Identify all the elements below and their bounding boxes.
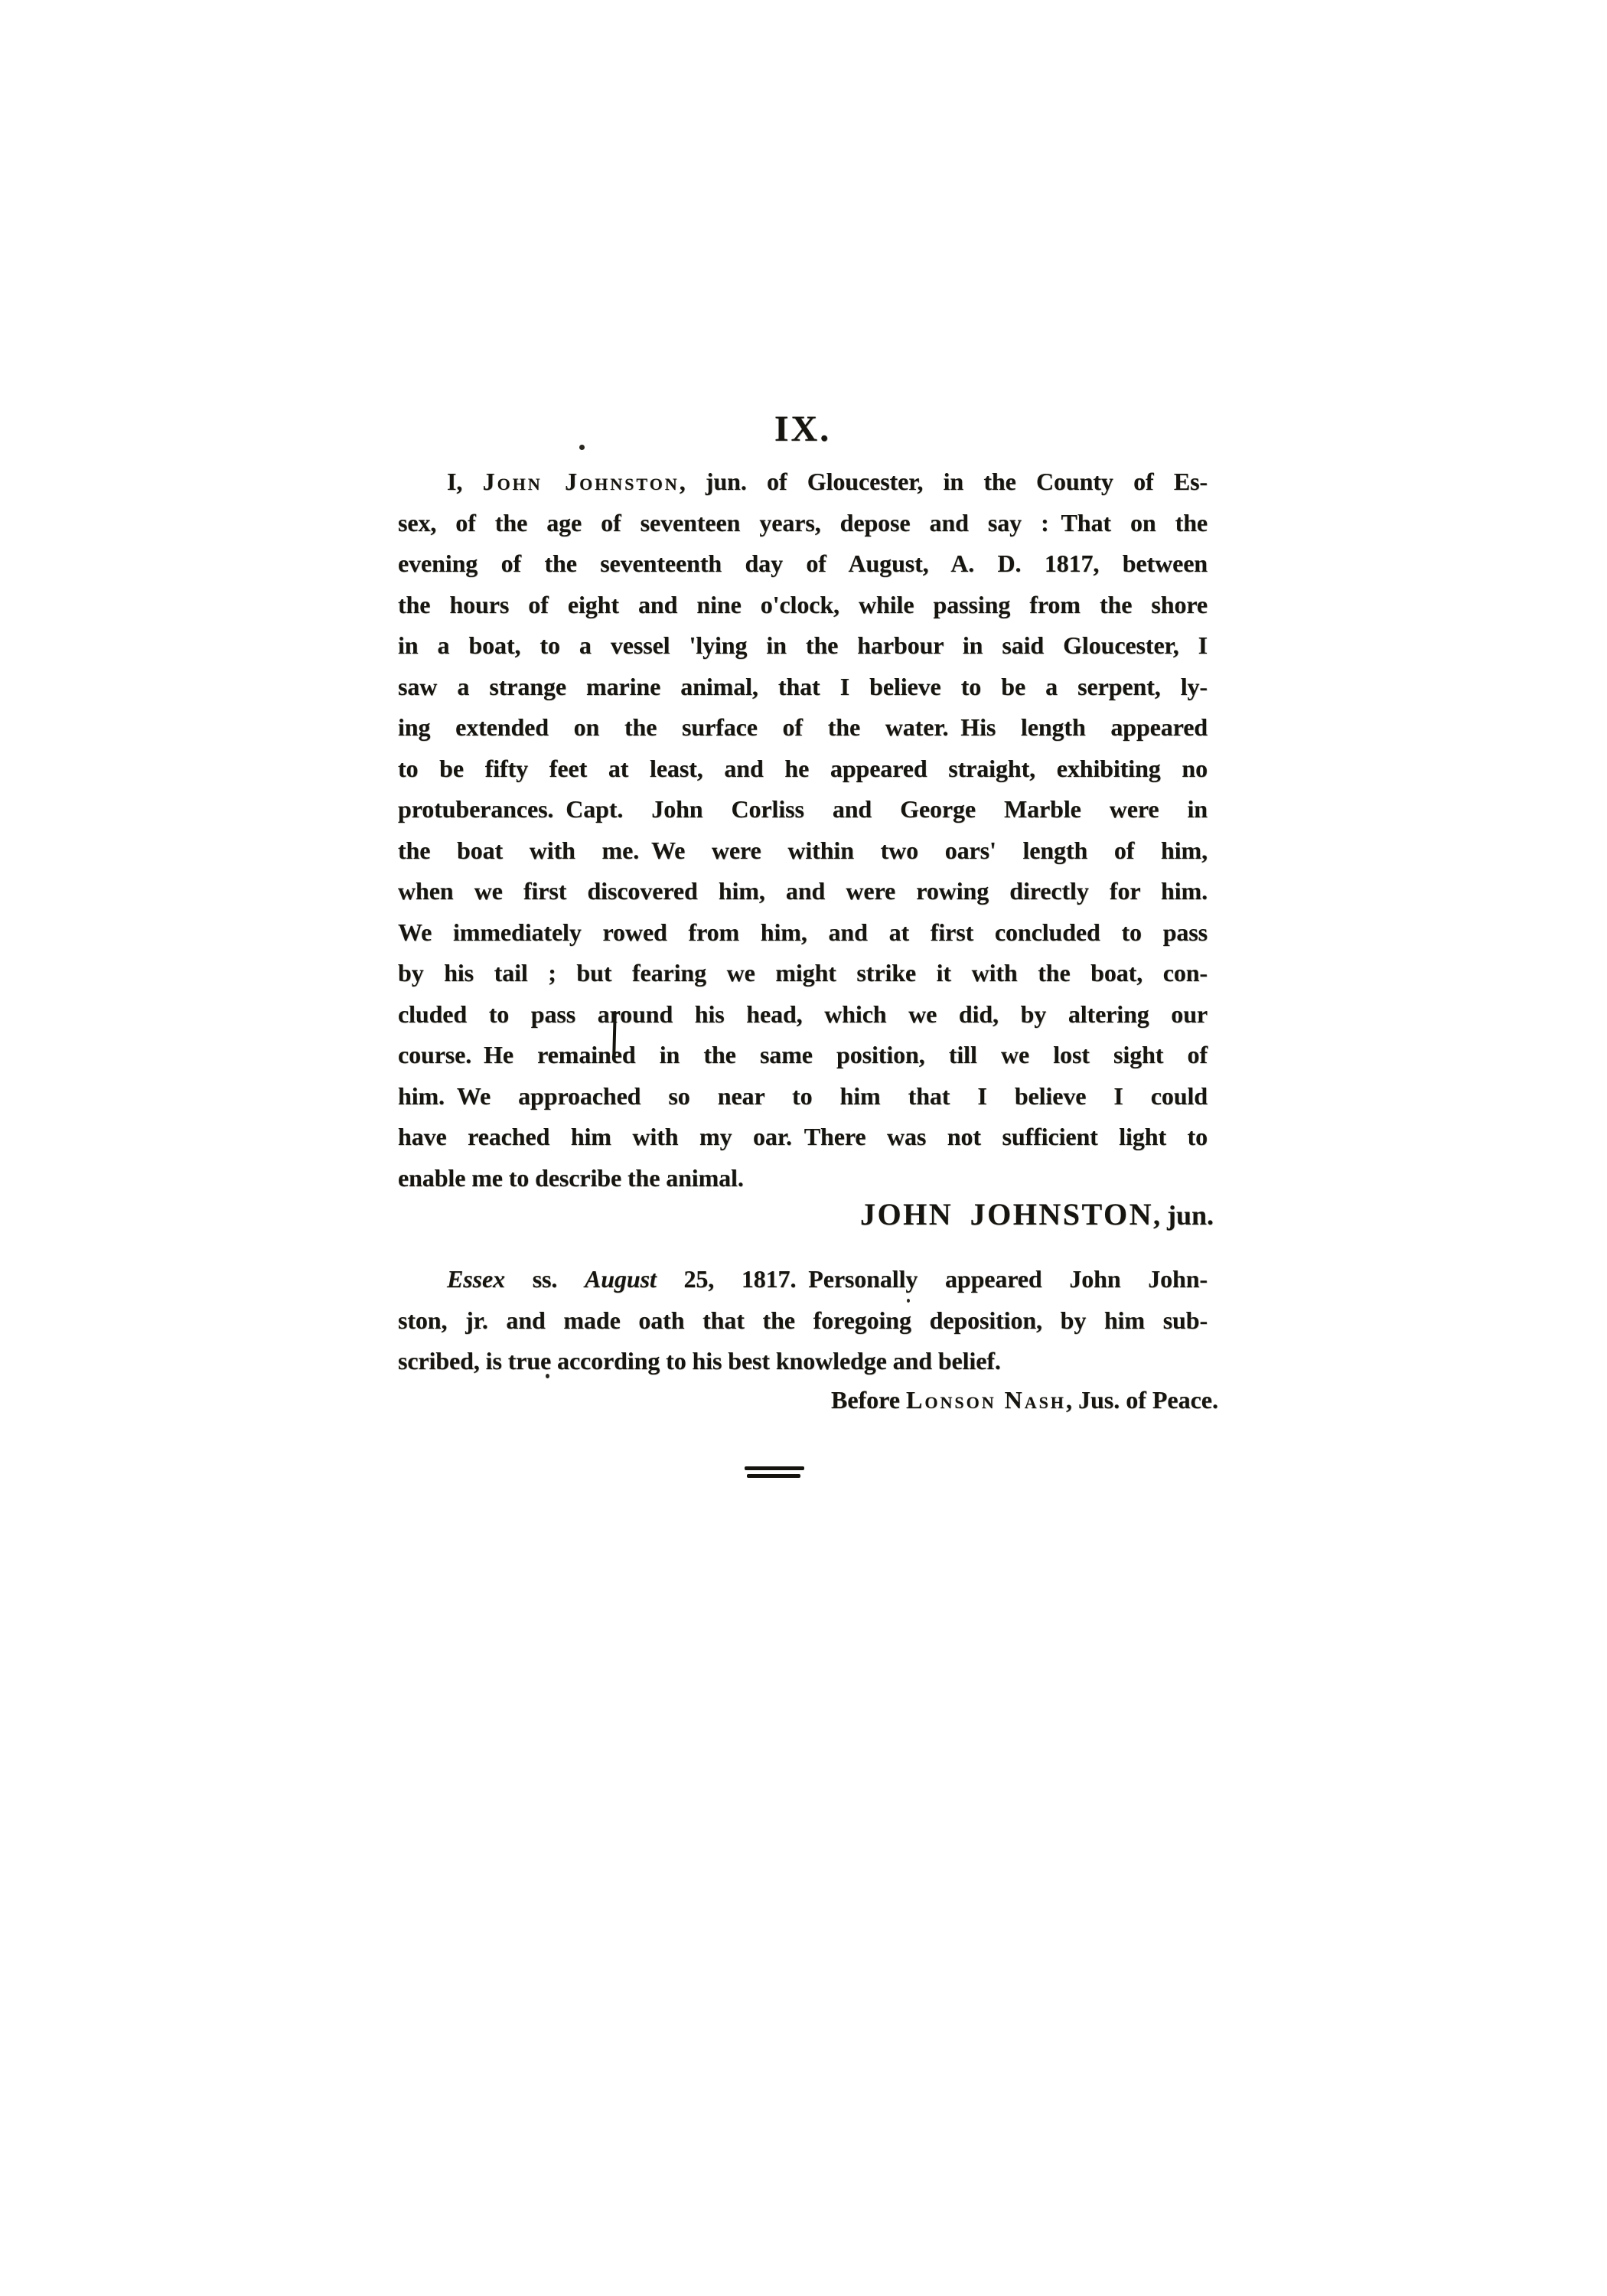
divider-rule-bottom <box>747 1474 800 1478</box>
deponent-name: John Johnston <box>483 468 680 495</box>
ink-speck <box>546 1374 549 1378</box>
section-heading: IX. <box>398 410 1208 448</box>
signature-line: JOHN JOHNSTON, jun. <box>398 1194 1214 1242</box>
text-line: We immediately rowed from him, and at fi… <box>398 912 1208 954</box>
text-line: to be fifty feet at least, and he appear… <box>398 748 1208 790</box>
text-line: by his tail ; but fearing we might strik… <box>398 953 1208 994</box>
end-divider <box>745 1466 804 1478</box>
ink-speck <box>907 1299 910 1303</box>
text-line: protuberances. Capt. John Corliss and Ge… <box>398 789 1208 830</box>
text-line: ston, jr. and made oath that the foregoi… <box>398 1300 1208 1342</box>
text-line: I, John Johnston, jun. of Gloucester, in… <box>398 461 1208 503</box>
text-line: Essex ss. August 25, 1817. Personally ap… <box>398 1259 1208 1300</box>
justice-name: Lonson Nash <box>906 1386 1066 1414</box>
text-line: cluded to pass around his head, which we… <box>398 994 1208 1035</box>
document-page: IX. I, John Johnston, jun. of Gloucester… <box>0 0 1607 2296</box>
text-line: ing extended on the surface of the water… <box>398 707 1208 748</box>
attestation-line: Before Lonson Nash, Jus. of Peace. <box>398 1379 1218 1420</box>
line1-prefix: I, <box>447 468 483 495</box>
text-line: the boat with me. We were within two oar… <box>398 830 1208 872</box>
signatory-suffix: , jun. <box>1153 1200 1214 1231</box>
oath-date: 25, 1817. <box>657 1265 797 1293</box>
text-line: evening of the seventeenth day of August… <box>398 543 1208 585</box>
text-line: the hours of eight and nine o'clock, whi… <box>398 585 1208 626</box>
text-line: him. We approached so near to him that I… <box>398 1076 1208 1117</box>
signatory-name: JOHN JOHNSTON <box>860 1197 1153 1231</box>
text-line: sex, of the age of seventeen years, depo… <box>398 503 1208 544</box>
county-name: Essex <box>447 1265 505 1293</box>
justice-title: , Jus. of Peace. <box>1066 1386 1218 1414</box>
ss-abbrev: ss. <box>505 1265 585 1293</box>
oath-month: August <box>585 1265 657 1293</box>
text-line: enable me to describe the animal. <box>398 1158 1208 1199</box>
text-line: when we first discovered him, and were r… <box>398 871 1208 912</box>
text-line: scribed, is true according to his best k… <box>398 1341 1208 1382</box>
ink-speck <box>579 445 585 450</box>
line1-rest: , jun. of Gloucester, in the County of E… <box>680 468 1208 495</box>
text-line: course. He remained in the same position… <box>398 1035 1208 1076</box>
text-line: in a boat, to a vessel 'lying in the har… <box>398 625 1208 667</box>
oath-line1-rest: Personally appeared John John- <box>796 1265 1208 1293</box>
text-line: saw a strange marine animal, that I beli… <box>398 667 1208 708</box>
before-label: Before <box>831 1386 906 1414</box>
deposition-paragraph: I, John Johnston, jun. of Gloucester, in… <box>398 461 1208 1199</box>
divider-rule-top <box>745 1466 804 1470</box>
oath-paragraph: Essex ss. August 25, 1817. Personally ap… <box>398 1259 1208 1382</box>
text-line: have reached him with my oar. There was … <box>398 1117 1208 1158</box>
